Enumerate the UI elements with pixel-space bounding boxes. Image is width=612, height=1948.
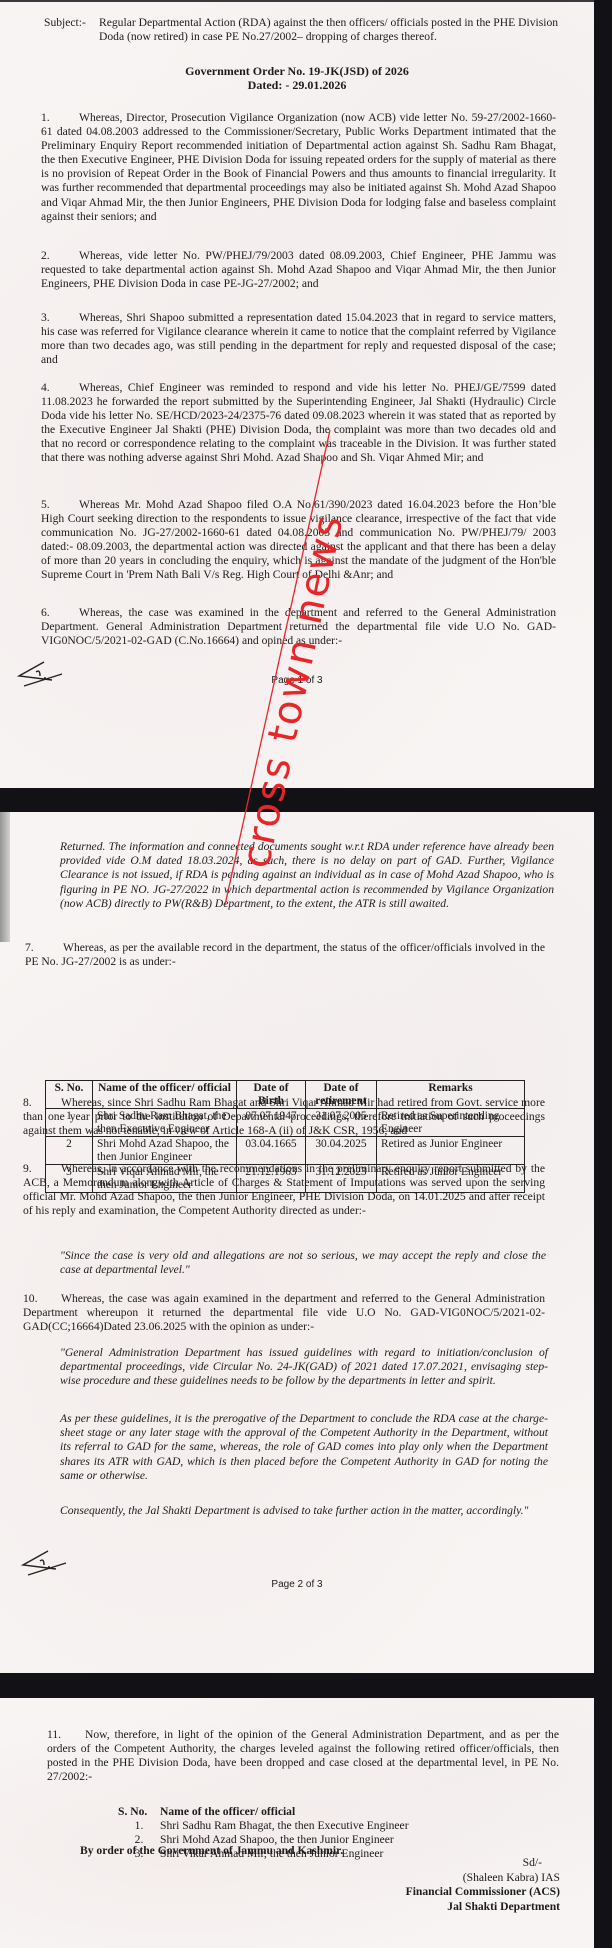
paragraph-8-text: 8.Whereas, since Shri Sadhu Ram Bhagat a… bbox=[23, 1096, 545, 1138]
page-number: Page 1 of 3 bbox=[0, 675, 594, 686]
paragraph-6: 6.Whereas, the case was examined in the … bbox=[41, 606, 556, 648]
signatory-name: (Shaleen Kabra) IAS bbox=[406, 1871, 560, 1886]
paragraph-1: 1.Whereas, Director, Prosecution Vigilan… bbox=[41, 111, 556, 224]
paragraph-10: 10.Whereas, the case was again examined … bbox=[23, 1292, 545, 1334]
subject-line: Subject:- Regular Departmental Action (R… bbox=[44, 16, 564, 44]
paragraph-3: 3.Whereas, Shri Shapoo submitted a repre… bbox=[41, 311, 556, 367]
gad-returned-quote: Returned. The information and connected … bbox=[60, 840, 554, 911]
gad-opinion-quote-3: Consequently, the Jal Shakti Department … bbox=[60, 1504, 548, 1518]
signatory-department: Jal Shakti Department bbox=[406, 1900, 560, 1915]
by-order-line: By order of the Government of Jammu and … bbox=[80, 1844, 343, 1857]
paragraph-9: 9.Whereas, in accordance with the recomm… bbox=[23, 1162, 545, 1218]
subject-label: Subject:- bbox=[44, 16, 99, 44]
scan-shadow bbox=[0, 812, 10, 942]
dark-edge-strip bbox=[594, 0, 612, 1948]
paragraph-11: 11.Now, therefore, in light of the opini… bbox=[47, 1728, 559, 1784]
list-header: S. No.Name of the officer/ official bbox=[118, 1805, 409, 1819]
authority-direction-quote: "Since the case is very old and allegati… bbox=[60, 1249, 546, 1277]
paragraph-2: 2.Whereas, vide letter No. PW/PHEJ/79/20… bbox=[41, 249, 556, 291]
page-number: Page 2 of 3 bbox=[0, 1579, 594, 1590]
document-page-3: 11.Now, therefore, in light of the opini… bbox=[0, 1698, 594, 1948]
table-row: 2Shri Mohd Azad Shapoo, the then Junior … bbox=[46, 1137, 525, 1165]
gad-opinion-quote-1: "General Administration Department has i… bbox=[60, 1346, 548, 1389]
paragraph-4: 4.Whereas, Chief Engineer was reminded t… bbox=[41, 381, 556, 466]
gad-opinion-quote-2: As per these guidelines, it is the prero… bbox=[60, 1412, 548, 1483]
signatory-designation: Financial Commissioner (ACS) bbox=[406, 1885, 560, 1900]
order-title: Government Order No. 19-JK(JSD) of 2026 bbox=[0, 64, 594, 78]
order-date: Dated: - 29.01.2026 bbox=[0, 78, 594, 92]
list-item: 1.Shri Sadhu Ram Bhagat, the then Execut… bbox=[118, 1819, 409, 1833]
document-page-1: Subject:- Regular Departmental Action (R… bbox=[0, 0, 594, 788]
initials-signature-icon bbox=[18, 1547, 78, 1577]
signed-mark: Sd/- bbox=[406, 1856, 542, 1871]
paragraph-7: 7.Whereas, as per the available record i… bbox=[25, 941, 545, 969]
signature-block: Sd/- (Shaleen Kabra) IAS Financial Commi… bbox=[406, 1856, 560, 1914]
subject-text: Regular Departmental Action (RDA) agains… bbox=[99, 16, 564, 44]
paragraph-5: 5.Whereas Mr. Mohd Azad Shapoo filed O.A… bbox=[41, 498, 556, 583]
document-page-2: Returned. The information and connected … bbox=[0, 812, 594, 1673]
